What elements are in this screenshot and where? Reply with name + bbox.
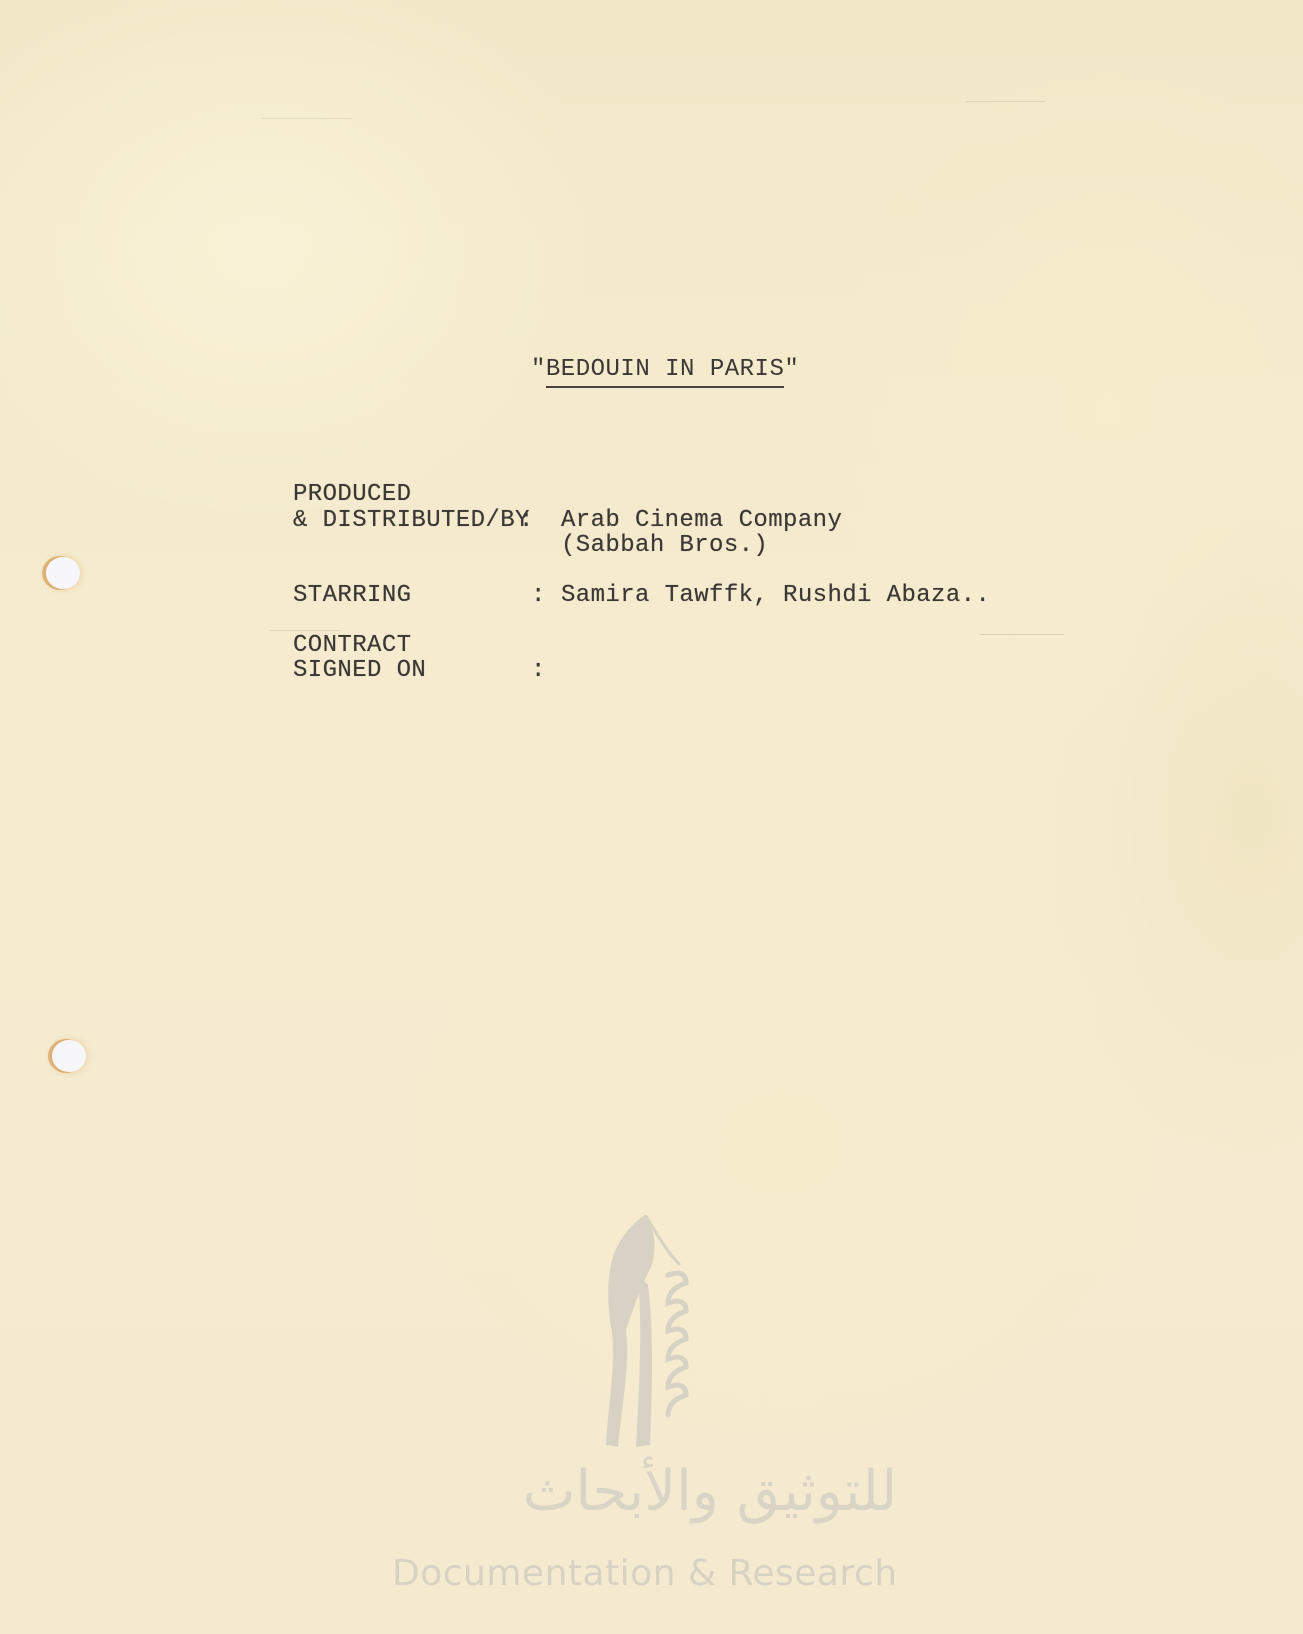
field-separator: :	[531, 583, 546, 608]
watermark-arabic-text: للتوثيق والأبحاث	[523, 1456, 897, 1524]
title-quote-open: "	[531, 356, 546, 383]
field-value-producer: Arab Cinema Company	[561, 508, 842, 533]
punch-hole	[46, 557, 80, 589]
watermark-caption: Documentation & Research	[392, 1553, 898, 1594]
field-label-starring: STARRING	[293, 583, 411, 608]
field-value-starring: Samira Tawffk, Rushdi Abaza..	[561, 583, 990, 608]
document-page: "BEDOUIN IN PARIS" PRODUCED & DISTRIBUTE…	[0, 0, 1303, 1634]
title-text: BEDOUIN IN PARIS	[546, 356, 784, 388]
document-title: "BEDOUIN IN PARIS"	[531, 356, 799, 383]
field-label-distributed-by: & DISTRIBUTED/BY	[293, 508, 530, 533]
punch-hole	[52, 1040, 86, 1072]
field-label-signed-on: SIGNED ON	[293, 658, 426, 683]
field-separator: :	[531, 658, 546, 683]
field-label-contract: CONTRACT	[293, 633, 411, 658]
field-label-produced: PRODUCED	[293, 482, 411, 507]
field-value-producer-note: (Sabbah Bros.)	[561, 533, 768, 558]
field-separator: :	[519, 508, 534, 533]
title-quote-close: "	[784, 356, 799, 383]
archive-watermark: للتوثيق والأبحاث Documentation & Researc…	[380, 1215, 940, 1585]
aman-logo-icon: للتوثيق والأبحاث	[380, 1215, 940, 1545]
